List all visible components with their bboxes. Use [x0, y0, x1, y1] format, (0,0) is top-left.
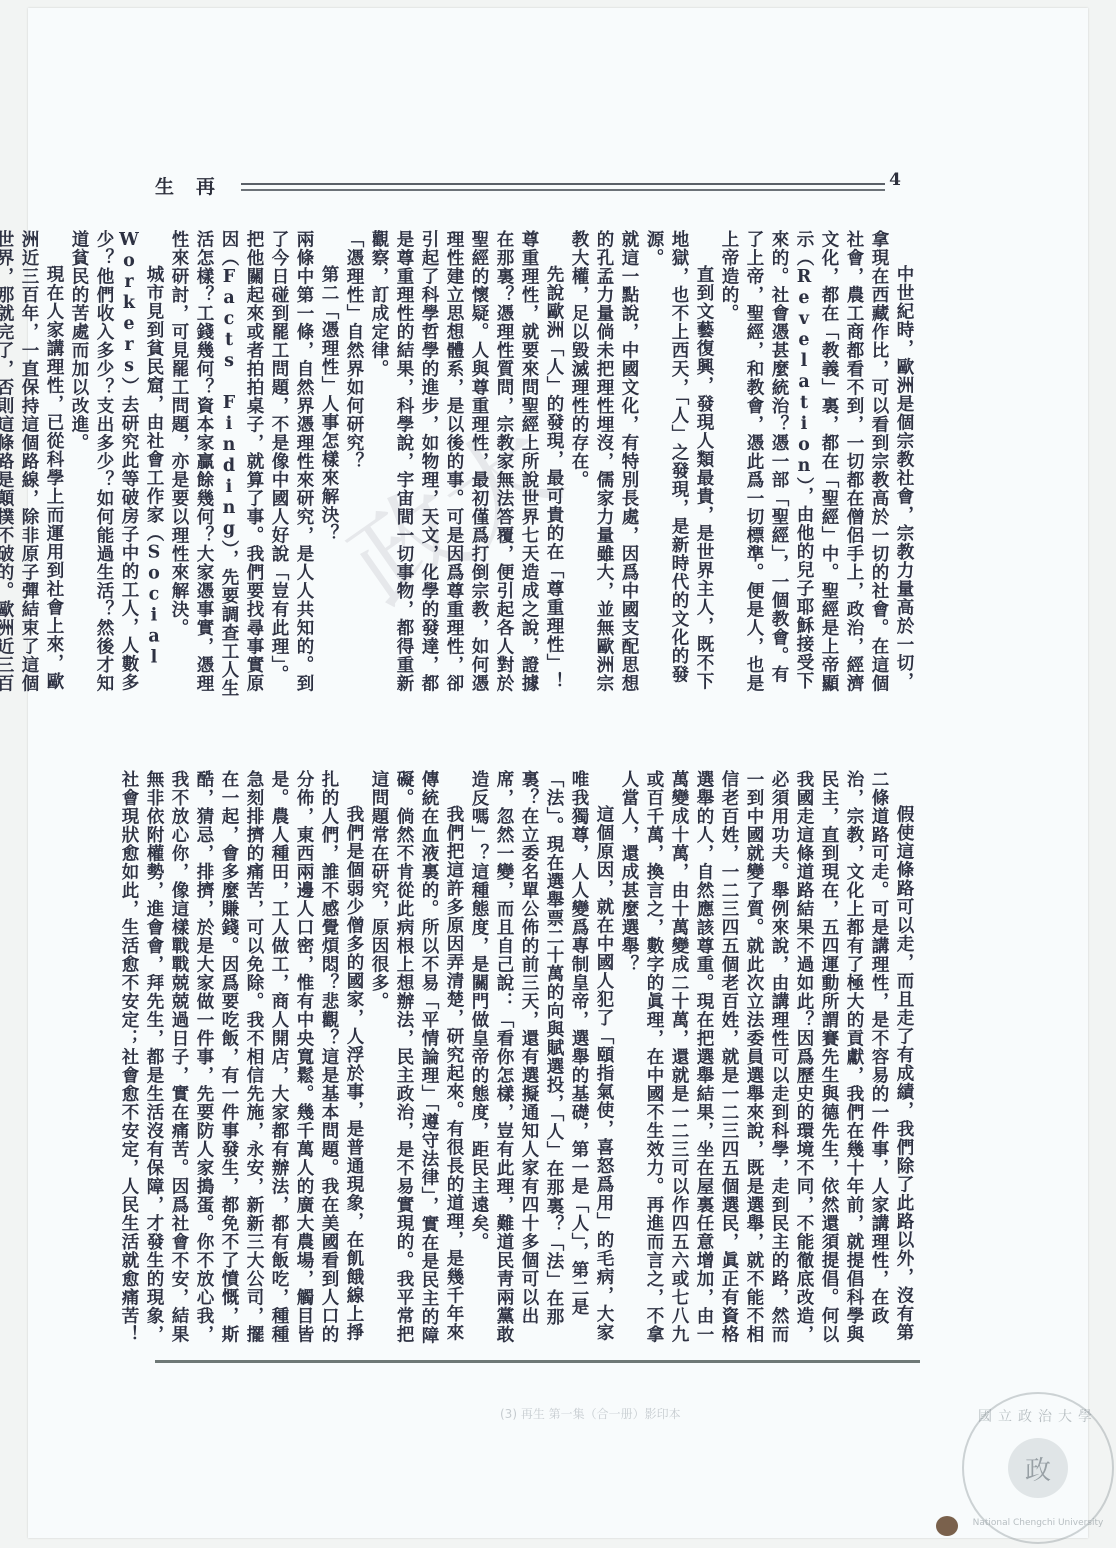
- paragraph: 中世紀時，歐洲是個宗教社會，宗教力量高於一切，拿現在西藏作比，可以看到宗教高於一…: [716, 230, 916, 700]
- paragraph: 第二「憑理性」人事怎樣來解決？: [316, 230, 341, 700]
- paper-stain: [936, 1516, 958, 1536]
- paragraph: 先說歐洲「人」的發現，最可貴的在「尊重理性」！尊重理性，就要來問聖經上所說世界七…: [366, 230, 566, 700]
- footer-rule: [155, 1360, 920, 1363]
- stamp-english-name: National Chengchi University: [964, 1518, 1112, 1528]
- paragraph: 我們把這許多原因弄清楚，研究起來。有很長的道理，是幾千年來傳統在血液裏的。所以不…: [366, 770, 466, 1350]
- paragraph: 就這一點說，中國文化，有特別長處，因爲中國支配思想的孔孟力量倘未把理性埋沒，儒家…: [566, 230, 641, 700]
- paragraph: 現在人家講理性，已從科學上而運用到社會上來，歐洲近三百年，一直保持這個路線，除非…: [0, 230, 66, 700]
- paragraph: 這個原因，就在中國人犯了「頤指氣使，喜怒爲用」的毛病，大家唯我獨尊，人人變爲專制…: [466, 770, 616, 1350]
- paragraph: 我們是個弱少僧多的國家，人浮於事，是普通現象，在飢餓線上掙扎的人們，誰不感覺煩悶…: [116, 770, 366, 1350]
- publication-title: 再生: [155, 172, 237, 199]
- header-rule: [241, 183, 885, 191]
- page-number: 4: [889, 170, 901, 190]
- stamp-chinese-name: 國立政治大學: [964, 1406, 1112, 1426]
- paragraph: 城市見到貧民窟，由社會工作家（Social Workers）去研究此等破房子中的…: [66, 230, 166, 700]
- page-header: 再生 4: [155, 170, 915, 200]
- seal-icon: 政: [1008, 1438, 1068, 1498]
- university-stamp: 國立政治大學 政 National Chengchi University: [962, 1392, 1114, 1544]
- paragraph: 直到文藝復興，發現人類最貴，是世界主人，既不下地獄，也不上西天，「人」之發現，是…: [641, 230, 716, 700]
- top-text-section: 中世紀時，歐洲是個宗教社會，宗教力量高於一切，拿現在西藏作比，可以看到宗教高於一…: [146, 230, 916, 700]
- footer-text: (3) 再生 第一集（合一册）影印本: [500, 1405, 681, 1422]
- paragraph: 「憑理性」自然界如何研究？: [341, 230, 366, 700]
- bottom-text-section: 假使這條路可以走，而且走了有成績，我們除了此路以外，沒有第二條道路可走。可是講理…: [146, 770, 916, 1350]
- paragraph: 假使這條路可以走，而且走了有成績，我們除了此路以外，沒有第二條道路可走。可是講理…: [616, 770, 916, 1350]
- paragraph: 兩條中第一條，自然界憑理性來研究，是人人共知的。到了今日碰到罷工問題，不是像中國…: [166, 230, 316, 700]
